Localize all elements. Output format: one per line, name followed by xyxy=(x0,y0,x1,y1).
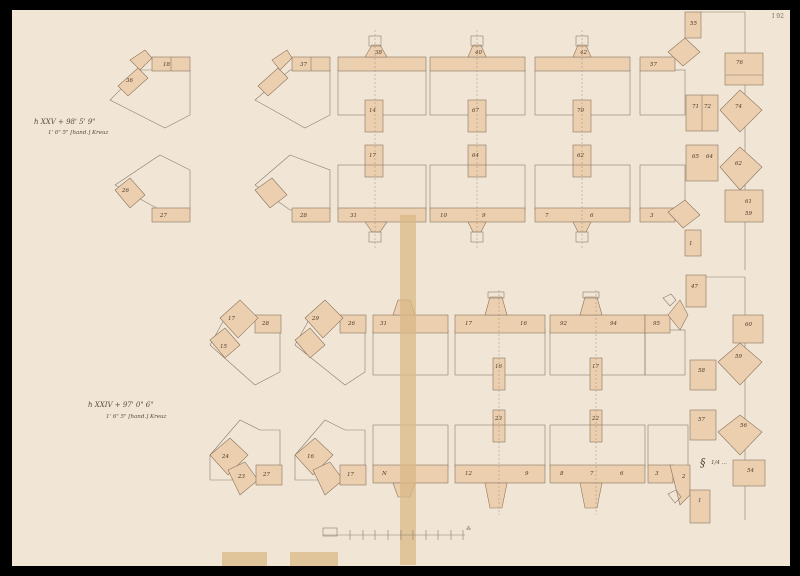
svg-text:17: 17 xyxy=(347,472,354,478)
svg-text:59: 59 xyxy=(735,354,742,360)
svg-text:⁂: ⁂ xyxy=(466,525,471,532)
svg-text:56: 56 xyxy=(740,423,747,429)
svg-text:23: 23 xyxy=(237,474,245,480)
svg-text:38: 38 xyxy=(375,50,382,56)
svg-text:3: 3 xyxy=(650,213,654,219)
svg-text:6: 6 xyxy=(590,213,594,219)
svg-text:59: 59 xyxy=(745,211,752,217)
svg-text:76: 76 xyxy=(736,60,743,66)
svg-text:15: 15 xyxy=(220,344,227,350)
svg-text:65: 65 xyxy=(692,154,699,160)
svg-text:31: 31 xyxy=(350,213,357,219)
svg-text:58: 58 xyxy=(698,368,705,374)
svg-text:16: 16 xyxy=(495,364,502,370)
svg-text:60: 60 xyxy=(745,322,752,328)
elevation-subnote-lower: 1' 6" 5" [hand.] Kreuz xyxy=(106,414,166,420)
svg-text:1: 1 xyxy=(689,241,693,247)
svg-text:31: 31 xyxy=(380,321,387,327)
svg-text:6: 6 xyxy=(620,471,624,477)
elevation-annotation-upper: ℏ XXV + 98' 5' 9" xyxy=(34,118,95,126)
svg-text:N: N xyxy=(381,471,387,477)
row-4: 23 22 24 23 27 16 17 N 12 9 xyxy=(210,410,710,523)
svg-text:10: 10 xyxy=(440,213,447,219)
svg-text:62: 62 xyxy=(735,161,742,167)
svg-text:17: 17 xyxy=(228,316,235,322)
svg-text:1: 1 xyxy=(698,498,702,504)
drawing-sheet: 18 36 37 38 40 42 xyxy=(12,10,790,566)
svg-text:9: 9 xyxy=(482,213,486,219)
scale-bar: ⁂ xyxy=(323,525,471,540)
row-3: 28 17 15 26 29 31 17 16 92 94 xyxy=(210,292,688,390)
sheet-corner-mark: I 92 xyxy=(772,13,784,20)
section-note: 1/4 ... xyxy=(711,460,727,466)
svg-text:26: 26 xyxy=(121,188,129,194)
elevation-annotation-lower: ℏ XXIV + 97' 0" 6" xyxy=(88,401,153,409)
elevation-subnote-upper: 1' 6" 5" [hand.] Kreuz xyxy=(48,130,108,136)
svg-text:57: 57 xyxy=(698,417,705,423)
svg-text:14: 14 xyxy=(369,108,376,114)
svg-text:17: 17 xyxy=(465,321,472,327)
svg-text:47: 47 xyxy=(690,284,698,290)
svg-text:42: 42 xyxy=(579,50,587,56)
svg-text:17: 17 xyxy=(592,364,599,370)
bottom-tape-left xyxy=(222,552,267,566)
section-symbol: § xyxy=(700,456,706,469)
svg-text:55: 55 xyxy=(690,21,697,27)
svg-text:72: 72 xyxy=(704,104,711,110)
svg-text:27: 27 xyxy=(159,213,167,219)
svg-text:37: 37 xyxy=(300,62,307,68)
svg-text:67: 67 xyxy=(472,108,479,114)
svg-text:2: 2 xyxy=(681,474,686,480)
vertical-tape-strip xyxy=(400,215,416,565)
svg-text:29: 29 xyxy=(311,316,319,322)
svg-text:3: 3 xyxy=(655,471,659,477)
svg-text:70: 70 xyxy=(577,108,584,114)
svg-text:62: 62 xyxy=(577,153,584,159)
svg-text:18: 18 xyxy=(163,62,170,68)
svg-text:95: 95 xyxy=(653,321,660,327)
svg-text:22: 22 xyxy=(591,416,599,422)
svg-text:64: 64 xyxy=(706,154,713,160)
svg-text:16: 16 xyxy=(520,321,527,327)
svg-text:57: 57 xyxy=(650,62,657,68)
svg-text:54: 54 xyxy=(747,468,754,474)
svg-text:28: 28 xyxy=(261,321,269,327)
svg-text:24: 24 xyxy=(221,454,229,460)
svg-text:23: 23 xyxy=(494,416,502,422)
right-column: 76 71 72 74 65 64 62 61 59 47 60 59 58 xyxy=(686,12,765,520)
svg-text:40: 40 xyxy=(474,50,482,56)
svg-text:27: 27 xyxy=(262,472,270,478)
svg-text:17: 17 xyxy=(369,153,376,159)
svg-text:92: 92 xyxy=(560,321,567,327)
svg-text:71: 71 xyxy=(692,104,699,110)
row-1: 18 36 37 38 40 42 xyxy=(110,12,701,132)
svg-text:7: 7 xyxy=(545,213,549,219)
svg-text:61: 61 xyxy=(745,199,752,205)
svg-text:74: 74 xyxy=(735,104,742,110)
svg-text:8: 8 xyxy=(560,471,564,477)
svg-text:28: 28 xyxy=(299,213,307,219)
svg-text:94: 94 xyxy=(610,321,617,327)
svg-text:26: 26 xyxy=(347,321,355,327)
bottom-tape-right xyxy=(290,552,338,566)
layout-drawing: 18 36 37 38 40 42 xyxy=(12,10,790,566)
svg-text:9: 9 xyxy=(525,471,529,477)
svg-text:7: 7 xyxy=(590,471,594,477)
svg-text:12: 12 xyxy=(465,471,472,477)
svg-text:64: 64 xyxy=(472,153,479,159)
svg-text:16: 16 xyxy=(307,454,314,460)
svg-text:36: 36 xyxy=(126,78,133,84)
